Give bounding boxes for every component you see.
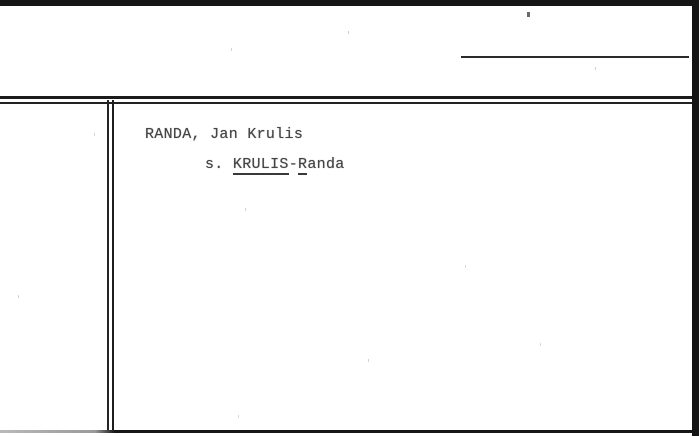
cross-reference-line: s. KRULIS-Randa bbox=[205, 156, 345, 173]
cross-reference-initial-underlined: R bbox=[298, 156, 307, 175]
double-vertical-margin-rule-right bbox=[112, 100, 114, 431]
bottom-card-edge bbox=[0, 430, 692, 433]
header-rule-line bbox=[461, 56, 689, 58]
double-horizontal-rule-upper bbox=[0, 96, 692, 99]
cross-reference-name-rest: anda bbox=[307, 156, 344, 173]
card-heading: RANDA, Jan Krulis bbox=[145, 126, 303, 143]
cross-reference-prefix: s. bbox=[205, 156, 233, 173]
cross-reference-separator: - bbox=[289, 156, 298, 173]
scanned-catalog-card: RANDA, Jan Krulis s. KRULIS-Randa bbox=[0, 0, 699, 436]
double-vertical-margin-rule-left bbox=[107, 100, 109, 431]
right-scan-edge bbox=[692, 0, 699, 436]
top-scan-edge bbox=[0, 0, 699, 6]
cross-reference-name-underlined: KRULIS bbox=[233, 156, 289, 175]
scan-noise-specks bbox=[527, 12, 530, 17]
double-horizontal-rule-lower bbox=[0, 102, 692, 104]
